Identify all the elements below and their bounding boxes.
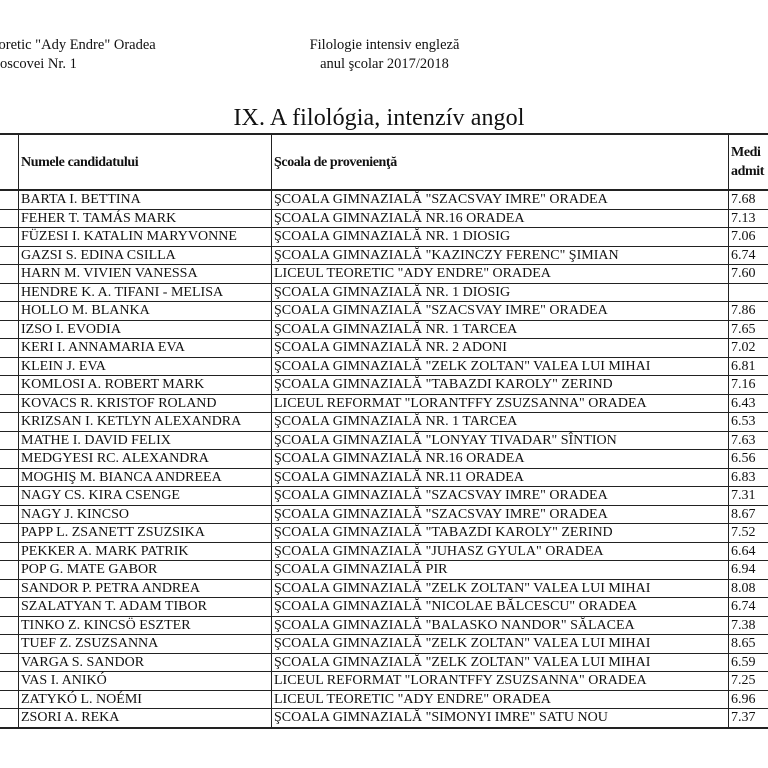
candidate-name-cell: BARTA I. BETTINA [19,190,272,209]
table-row: FEHER T. TAMÁS MARKŞCOALA GIMNAZIALĂ NR.… [0,209,768,228]
row-number-cell [0,672,19,691]
grade-cell: 6.81 [729,357,768,376]
school-cell: ŞCOALA GIMNAZIALĂ NR. 1 TARCEA [272,320,729,339]
table-row: MEDGYESI RC. ALEXANDRAŞCOALA GIMNAZIALĂ … [0,450,768,469]
row-number-cell [0,376,19,395]
candidate-name-cell: POP G. MATE GABOR [19,561,272,580]
school-cell: ŞCOALA GIMNAZIALĂ "SZACSVAY IMRE" ORADEA [272,302,729,321]
candidate-name-cell: IZSO I. EVODIA [19,320,272,339]
table-row: KOMLOSI A. ROBERT MARKŞCOALA GIMNAZIALĂ … [0,376,768,395]
row-number-cell [0,190,19,209]
school-cell: ŞCOALA GIMNAZIALĂ "ZELK ZOLTAN" VALEA LU… [272,635,729,654]
row-number-cell [0,709,19,728]
table-row: SANDOR P. PETRA ANDREAŞCOALA GIMNAZIALĂ … [0,579,768,598]
row-number-cell [0,598,19,617]
grade-cell [729,283,768,302]
school-cell: ŞCOALA GIMNAZIALĂ NR. 1 DIOSIG [272,283,729,302]
candidate-name-cell: TUEF Z. ZSUZSANNA [19,635,272,654]
table-row: IZSO I. EVODIAŞCOALA GIMNAZIALĂ NR. 1 TA… [0,320,768,339]
grade-cell: 7.25 [729,672,768,691]
row-number-cell [0,542,19,561]
school-header: Teoretic "Ady Endre" Oradea oscovei Nr. … [0,36,200,74]
school-cell: ŞCOALA GIMNAZIALĂ "ZELK ZOLTAN" VALEA LU… [272,653,729,672]
candidate-name-cell: ZSORI A. REKA [19,709,272,728]
candidate-name-cell: HOLLO M. BLANKA [19,302,272,321]
candidate-name-cell: NAGY J. KINCSO [19,505,272,524]
grade-cell: 7.52 [729,524,768,543]
grade-cell: 6.59 [729,653,768,672]
school-cell: ŞCOALA GIMNAZIALĂ "NICOLAE BĂLCESCU" ORA… [272,598,729,617]
grade-cell: 7.37 [729,709,768,728]
class-title-text: IX. A filológia, intenzív angol [233,105,524,131]
school-cell: ŞCOALA GIMNAZIALĂ "ZELK ZOLTAN" VALEA LU… [272,579,729,598]
table-row: TUEF Z. ZSUZSANNAŞCOALA GIMNAZIALĂ "ZELK… [0,635,768,654]
grade-cell: 6.53 [729,413,768,432]
candidate-name-cell: SANDOR P. PETRA ANDREA [19,579,272,598]
school-cell: ŞCOALA GIMNAZIALĂ NR. 2 ADONI [272,339,729,358]
table-row: FÜZESI I. KATALIN MARYVONNEŞCOALA GIMNAZ… [0,228,768,247]
school-cell: ŞCOALA GIMNAZIALĂ "KAZINCZY FERENC" ŞIMI… [272,246,729,265]
grade-cell: 7.60 [729,265,768,284]
table-row: MOGHIŞ M. BIANCA ANDREEAŞCOALA GIMNAZIAL… [0,468,768,487]
table-row: ZSORI A. REKAŞCOALA GIMNAZIALĂ "SIMONYI … [0,709,768,728]
table-row: PEKKER A. MARK PATRIKŞCOALA GIMNAZIALĂ "… [0,542,768,561]
candidate-name-cell: HARN M. VIVIEN VANESSA [19,265,272,284]
row-number-cell [0,320,19,339]
column-header-number [0,134,19,190]
grade-cell: 7.06 [729,228,768,247]
table-header-row: Numele candidatului Şcoala de provenienţ… [0,134,768,190]
table-row: HENDRE K. A. TIFANI - MELISAŞCOALA GIMNA… [0,283,768,302]
grade-cell: 6.56 [729,450,768,469]
school-cell: ŞCOALA GIMNAZIALĂ "JUHASZ GYULA" ORADEA [272,542,729,561]
school-cell: ŞCOALA GIMNAZIALĂ "TABAZDI KAROLY" ZERIN… [272,376,729,395]
grade-cell: 8.08 [729,579,768,598]
grade-cell: 6.83 [729,468,768,487]
row-number-cell [0,505,19,524]
row-number-cell [0,635,19,654]
school-address: oscovei Nr. 1 [0,55,200,74]
candidate-name-cell: MATHE I. DAVID FELIX [19,431,272,450]
candidate-name-cell: PEKKER A. MARK PATRIK [19,542,272,561]
table-row: GAZSI S. EDINA CSILLAŞCOALA GIMNAZIALĂ "… [0,246,768,265]
table-row: NAGY J. KINCSOŞCOALA GIMNAZIALĂ "SZACSVA… [0,505,768,524]
candidate-name-cell: KRIZSAN I. KETLYN ALEXANDRA [19,413,272,432]
row-number-cell [0,394,19,413]
grade-cell: 7.38 [729,616,768,635]
candidate-name-cell: ZATYKÓ L. NOÉMI [19,690,272,709]
row-number-cell [0,616,19,635]
table-row: VARGA S. SANDORŞCOALA GIMNAZIALĂ "ZELK Z… [0,653,768,672]
candidate-name-cell: NAGY CS. KIRA CSENGE [19,487,272,506]
school-cell: ŞCOALA GIMNAZIALĂ PIR [272,561,729,580]
table-row: HOLLO M. BLANKAŞCOALA GIMNAZIALĂ "SZACSV… [0,302,768,321]
candidate-name-cell: KOVACS R. KRISTOF ROLAND [19,394,272,413]
grade-cell: 7.86 [729,302,768,321]
candidate-name-cell: MEDGYESI RC. ALEXANDRA [19,450,272,469]
candidate-name-cell: VAS I. ANIKÓ [19,672,272,691]
candidate-name-cell: FEHER T. TAMÁS MARK [19,209,272,228]
table-row: POP G. MATE GABORŞCOALA GIMNAZIALĂ PIR6.… [0,561,768,580]
row-number-cell [0,431,19,450]
row-number-cell [0,561,19,580]
grade-cell: 8.65 [729,635,768,654]
grade-cell: 6.74 [729,598,768,617]
school-cell: ŞCOALA GIMNAZIALĂ "TABAZDI KAROLY" ZERIN… [272,524,729,543]
grade-cell: 7.02 [729,339,768,358]
grade-cell: 7.63 [729,431,768,450]
column-header-name: Numele candidatului [19,134,272,190]
table-row: KERI I. ANNAMARIA EVAŞCOALA GIMNAZIALĂ N… [0,339,768,358]
column-header-grade: Medi admit [729,134,768,190]
candidate-name-cell: FÜZESI I. KATALIN MARYVONNE [19,228,272,247]
school-cell: ŞCOALA GIMNAZIALĂ "LONYAY TIVADAR" SÎNTI… [272,431,729,450]
school-cell: ŞCOALA GIMNAZIALĂ "SZACSVAY IMRE" ORADEA [272,505,729,524]
school-cell: LICEUL REFORMAT "LORANTFFY ZSUZSANNA" OR… [272,672,729,691]
grade-cell: 6.96 [729,690,768,709]
row-number-cell [0,228,19,247]
grade-cell: 6.43 [729,394,768,413]
row-number-cell [0,209,19,228]
school-cell: ŞCOALA GIMNAZIALĂ NR. 1 TARCEA [272,413,729,432]
row-number-cell [0,579,19,598]
candidates-table: Numele candidatului Şcoala de provenienţ… [0,133,768,729]
column-header-grade-line2: admit [731,162,768,181]
table-row: MATHE I. DAVID FELIXŞCOALA GIMNAZIALĂ "L… [0,431,768,450]
column-header-grade-line1: Medi [731,143,768,162]
row-number-cell [0,468,19,487]
grade-cell: 7.65 [729,320,768,339]
school-cell: LICEUL TEORETIC "ADY ENDRE" ORADEA [272,690,729,709]
table-row: KOVACS R. KRISTOF ROLANDLICEUL REFORMAT … [0,394,768,413]
row-number-cell [0,265,19,284]
class-title: IX. A filológia, intenzív angol [0,105,768,132]
school-name: Teoretic "Ady Endre" Oradea [0,36,200,55]
school-cell: ŞCOALA GIMNAZIALĂ "SZACSVAY IMRE" ORADEA [272,487,729,506]
row-number-cell [0,357,19,376]
grade-cell: 7.16 [729,376,768,395]
school-cell: ŞCOALA GIMNAZIALĂ "SIMONYI IMRE" SATU NO… [272,709,729,728]
candidate-name-cell: TINKO Z. KINCSÖ ESZTER [19,616,272,635]
table-row: KLEIN J. EVAŞCOALA GIMNAZIALĂ "ZELK ZOLT… [0,357,768,376]
school-cell: ŞCOALA GIMNAZIALĂ NR. 1 DIOSIG [272,228,729,247]
school-year: anul şcolar 2017/2018 [282,55,487,74]
table-row: PAPP L. ZSANETT ZSUZSIKAŞCOALA GIMNAZIAL… [0,524,768,543]
school-cell: ŞCOALA GIMNAZIALĂ NR.11 ORADEA [272,468,729,487]
grade-cell: 7.13 [729,209,768,228]
school-cell: LICEUL TEORETIC "ADY ENDRE" ORADEA [272,265,729,284]
row-number-cell [0,283,19,302]
grade-cell: 8.67 [729,505,768,524]
table-row: HARN M. VIVIEN VANESSALICEUL TEORETIC "A… [0,265,768,284]
program-header: Filologie intensiv engleză anul şcolar 2… [282,36,487,74]
school-cell: ŞCOALA GIMNAZIALĂ "SZACSVAY IMRE" ORADEA [272,190,729,209]
school-cell: ŞCOALA GIMNAZIALĂ NR.16 ORADEA [272,209,729,228]
school-cell: ŞCOALA GIMNAZIALĂ "ZELK ZOLTAN" VALEA LU… [272,357,729,376]
school-cell: ŞCOALA GIMNAZIALĂ NR.16 ORADEA [272,450,729,469]
candidate-name-cell: GAZSI S. EDINA CSILLA [19,246,272,265]
candidate-name-cell: SZALATYAN T. ADAM TIBOR [19,598,272,617]
grade-cell: 7.31 [729,487,768,506]
candidate-name-cell: VARGA S. SANDOR [19,653,272,672]
school-cell: LICEUL REFORMAT "LORANTFFY ZSUZSANNA" OR… [272,394,729,413]
row-number-cell [0,413,19,432]
table-row: KRIZSAN I. KETLYN ALEXANDRAŞCOALA GIMNAZ… [0,413,768,432]
candidate-name-cell: PAPP L. ZSANETT ZSUZSIKA [19,524,272,543]
table-row: SZALATYAN T. ADAM TIBORŞCOALA GIMNAZIALĂ… [0,598,768,617]
table-row: BARTA I. BETTINAŞCOALA GIMNAZIALĂ "SZACS… [0,190,768,209]
candidate-name-cell: KERI I. ANNAMARIA EVA [19,339,272,358]
school-cell: ŞCOALA GIMNAZIALĂ "BALASKO NANDOR" SĂLAC… [272,616,729,635]
grade-cell: 6.64 [729,542,768,561]
row-number-cell [0,450,19,469]
row-number-cell [0,690,19,709]
column-header-school: Şcoala de provenienţă [272,134,729,190]
table-row: ZATYKÓ L. NOÉMILICEUL TEORETIC "ADY ENDR… [0,690,768,709]
candidate-name-cell: KLEIN J. EVA [19,357,272,376]
table-row: NAGY CS. KIRA CSENGEŞCOALA GIMNAZIALĂ "S… [0,487,768,506]
grade-cell: 6.94 [729,561,768,580]
table-row: TINKO Z. KINCSÖ ESZTERŞCOALA GIMNAZIALĂ … [0,616,768,635]
row-number-cell [0,653,19,672]
row-number-cell [0,487,19,506]
row-number-cell [0,524,19,543]
candidate-name-cell: KOMLOSI A. ROBERT MARK [19,376,272,395]
program-name: Filologie intensiv engleză [282,36,487,55]
row-number-cell [0,339,19,358]
grade-cell: 6.74 [729,246,768,265]
grade-cell: 7.68 [729,190,768,209]
row-number-cell [0,302,19,321]
candidate-name-cell: HENDRE K. A. TIFANI - MELISA [19,283,272,302]
table-row: VAS I. ANIKÓLICEUL REFORMAT "LORANTFFY Z… [0,672,768,691]
row-number-cell [0,246,19,265]
candidate-name-cell: MOGHIŞ M. BIANCA ANDREEA [19,468,272,487]
